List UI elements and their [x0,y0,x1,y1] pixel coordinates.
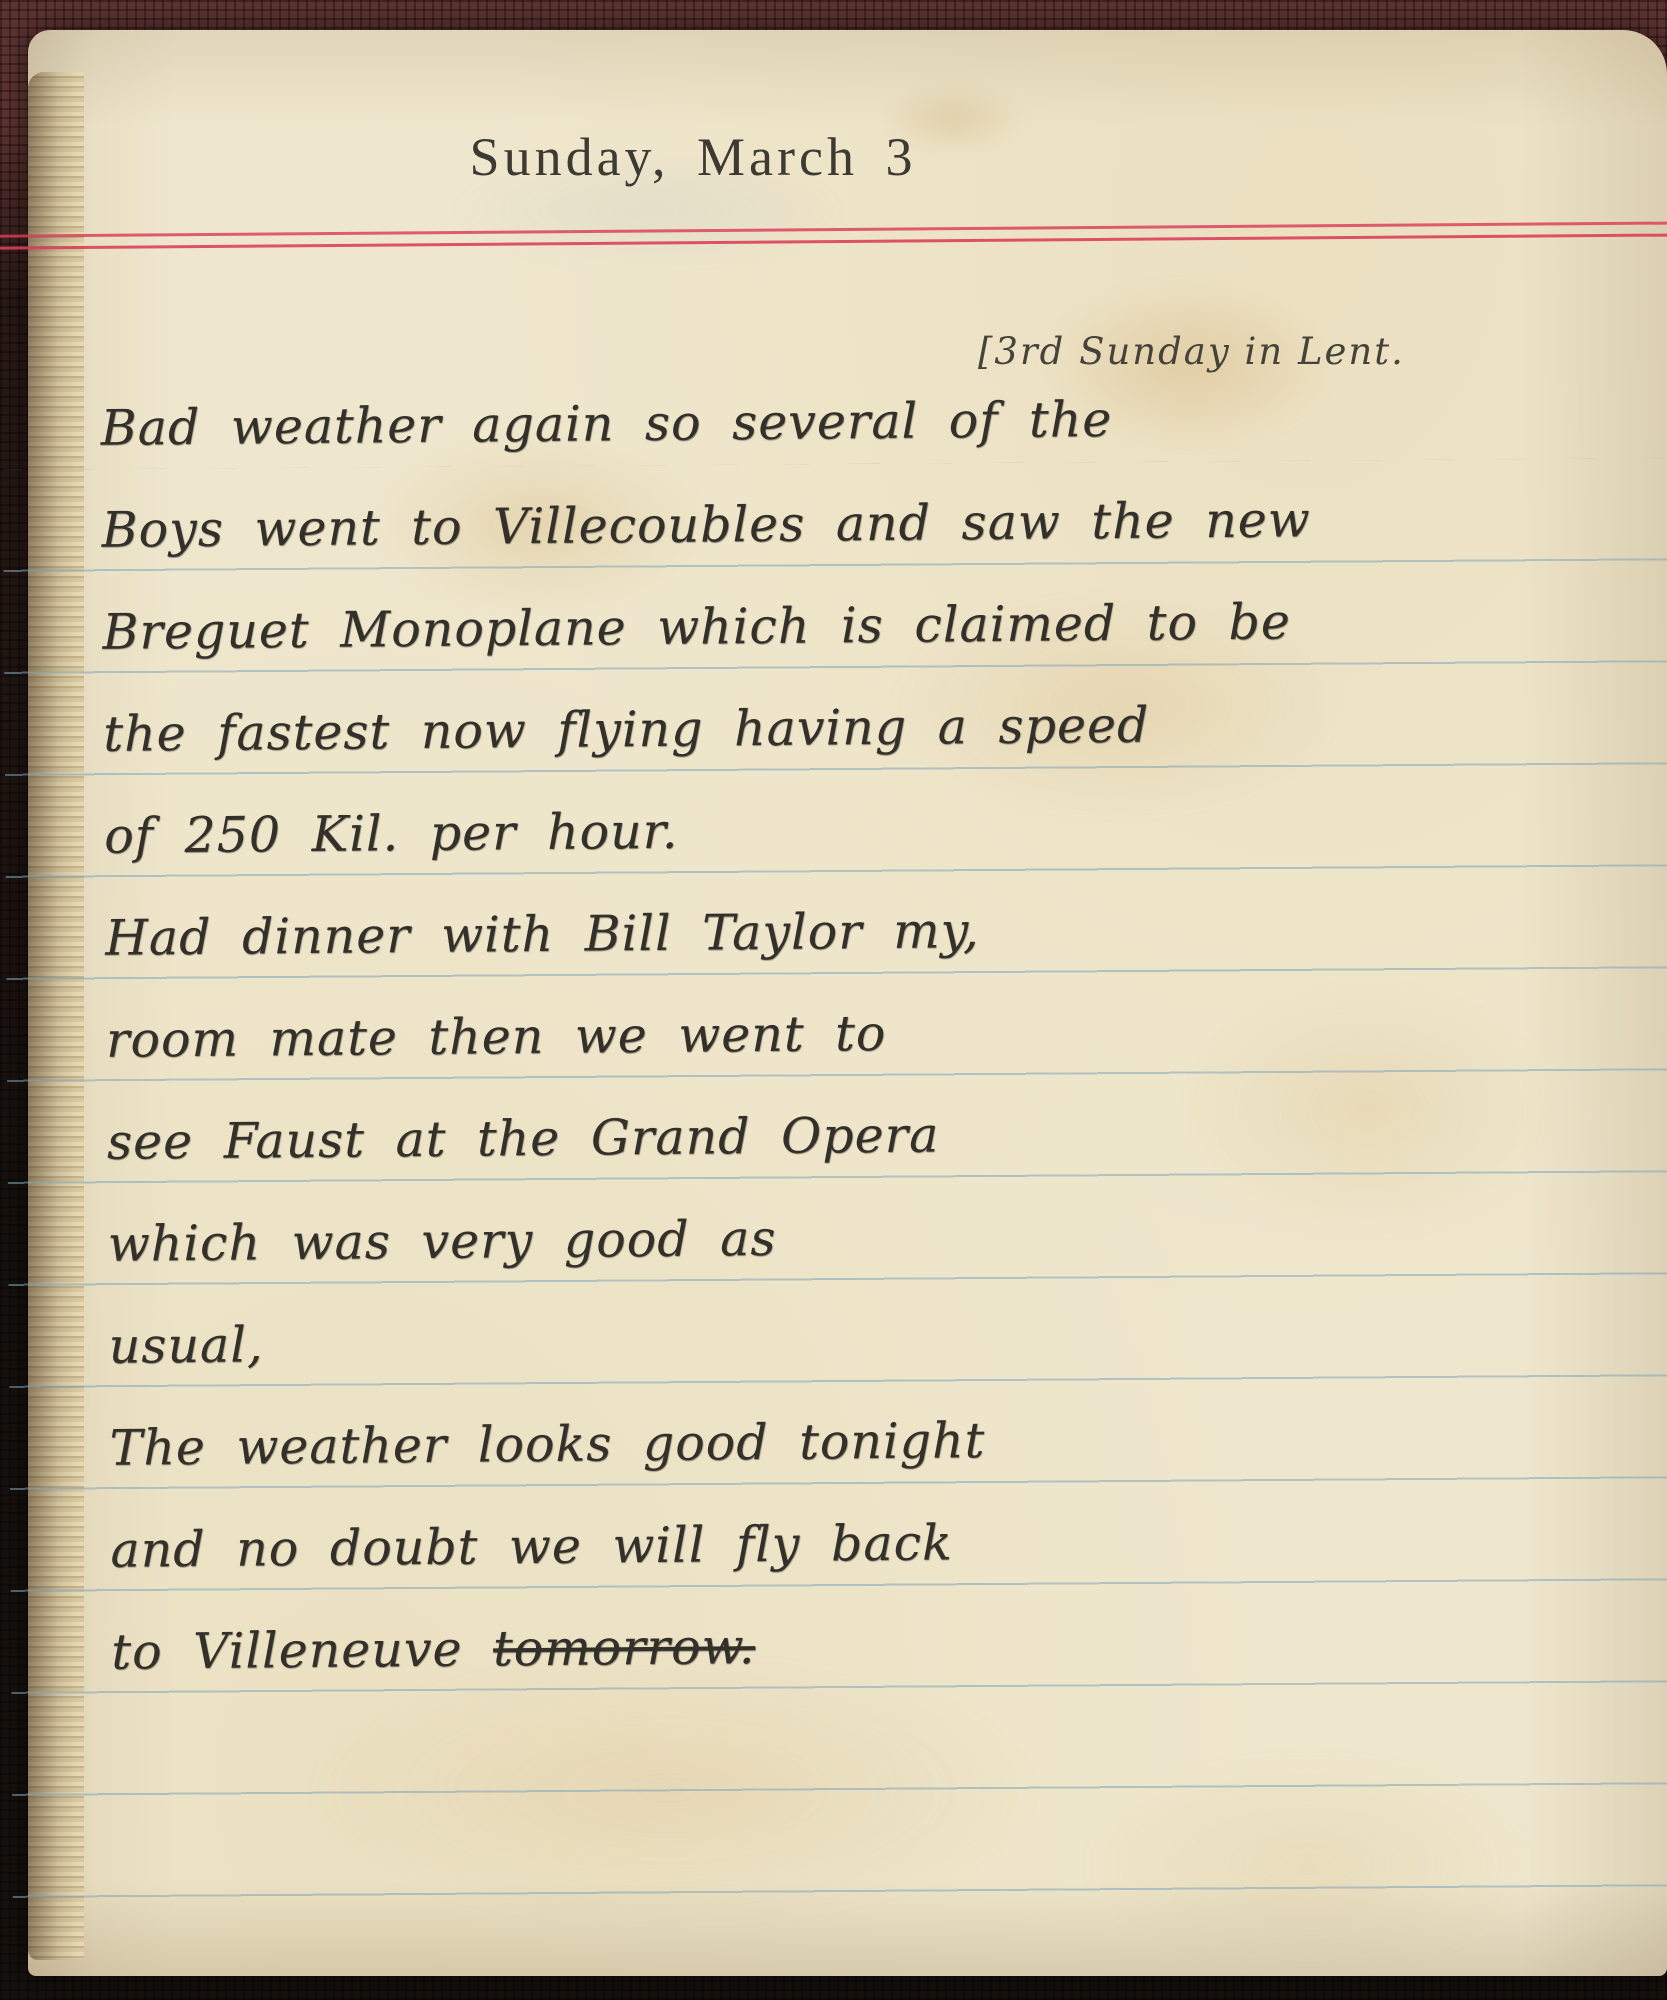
entry-line: Bad weather again so several of the [100,359,1646,474]
book-cover: Sunday, March 3 [3rd Sunday in Lent. Bad… [0,0,1667,2000]
entry-line: room mate then we went to [106,971,1652,1086]
diary-page: Sunday, March 3 [3rd Sunday in Lent. Bad… [28,30,1667,1976]
entry-line: The weather looks good tonight [109,1379,1655,1494]
entry-line: Had dinner with Bill Taylor my, [105,869,1651,984]
entry-line: the fastest now flying having a speed [103,665,1649,780]
struck-word: tomorrow. [493,1618,756,1677]
entry-closing-line: to Villeneuve tomorrow. [111,1583,1657,1698]
entry-line: and no doubt we will fly back [110,1481,1656,1596]
entry-line: Breguet Monoplane which is claimed to be [102,563,1648,678]
closing-text: to Villeneuve [111,1620,493,1680]
diary-entry: Bad weather again so several of the Boys… [100,359,1657,1698]
entry-line: usual, [108,1277,1654,1392]
page-title: Sunday, March 3 [28,126,1358,188]
entry-line: which was very good as [107,1175,1653,1290]
entry-line: see Faust at the Grand Opera [106,1073,1652,1188]
entry-line: of 250 Kil. per hour. [104,767,1650,882]
entry-line: Boys went to Villecoubles and saw the ne… [101,461,1647,576]
